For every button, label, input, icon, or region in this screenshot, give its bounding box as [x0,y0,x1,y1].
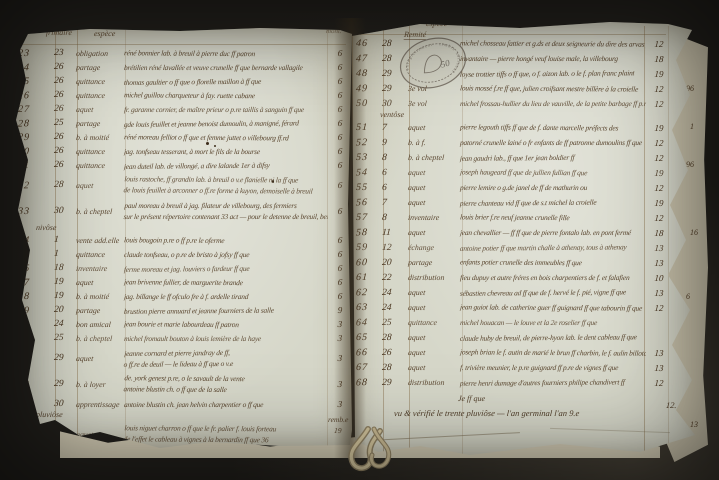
register-row: 2626quittancemichel guillou charqueteur … [10,88,352,102]
entry-type: 3e vol [408,84,461,93]
register-row: 4728invantaire — pierre hongé veuf louis… [350,51,672,66]
entry-fee: 6 [328,118,353,128]
register-row: 2926b. à moitiéréné moreau felliot o ff … [10,130,352,144]
entry-description: brustion pierre annuard et jeanne fourni… [124,304,329,317]
entry-type: partage [76,306,125,315]
entry-number: 41 [18,332,55,344]
column-header-espece: espèce [426,19,448,28]
entry-description-line: f. trivière meunier, le p.re guignard ff… [460,362,647,373]
entry-type: 3e vol [408,99,461,108]
entry-fee: 10 [646,273,673,283]
entry-day: 26 [54,76,77,86]
entry-fee: 12 [646,213,673,223]
entry-description: jean gaudri lab., ff que 1er jean boldie… [460,151,647,164]
entry-day: 28 [382,39,409,49]
entry-description: michel chosseau fattier et g.ds et deux … [460,37,647,49]
entry-fee: 6 [328,48,353,58]
entry-day: 7 [382,198,409,208]
register-row: 6020partageenfants potier crunelle des i… [350,255,672,270]
entry-day: 29 [382,378,409,388]
register-row: 5811aquetjean chevallier — ff ff que de … [350,225,672,240]
entry-description-line: thomas gaultier o ff que o florelle mail… [124,75,329,88]
corner-note: v.le [656,17,666,25]
entry-description-line: ferme moreau et jag. louviers o fardeur … [124,262,329,275]
entry-fee: 13 [646,363,673,373]
entry-description-line: jag. billange le ff ofculo fre à f. arde… [124,291,329,302]
entry-number: 60 [356,257,383,269]
entry-number: 63 [356,302,383,313]
register-row: 4329b. à loyerde. york genest p.re, o le… [10,371,352,397]
entry-day: 24 [54,319,77,329]
entry-description-line: michel fromault bouton à louis lemière d… [124,333,329,344]
edge-number: 16 [690,228,698,237]
entry-number: 57 [356,212,383,223]
entry-fee: 19 [646,168,673,178]
edge-number: 13 [690,420,698,429]
entry-day: 24 [382,288,409,298]
entry-number: 67 [356,362,383,373]
entry-type: distribution [408,378,461,387]
entry-day: 28 [54,180,77,190]
entry-day: 29 [382,69,409,79]
register-row: 2825partagegde louis feuillet et jeanne … [10,116,352,130]
entry-fee: 19 [646,198,673,208]
entry-description: michel guillou charqueteur à fay. ruette… [124,89,329,101]
header-note: Remité [404,30,427,40]
entry-day: 23 [54,48,77,58]
closing-line-1: Je ff que [458,394,486,403]
entry-description: jag. tonfseau tesserant, à mort le fils … [124,146,329,157]
entry-description-line: jag. tonfseau tesserant, à mort le fils … [124,146,329,157]
entry-description-line: michel houacan — le louve et la 2e rosel… [460,317,647,328]
entry-number: 65 [356,332,383,343]
entry-fee: 13 [646,243,673,253]
register-row: 6626aquetjoseph brian le f. autin de mar… [350,345,672,360]
entry-type: quittance [408,318,461,327]
column-header-fee: mont. [326,27,342,35]
entry-description: jag. billange le ff ofculo fre à f. arde… [124,291,329,302]
entry-description: jean duteil lab. de villongé, a dire lal… [124,159,329,172]
entry-description-line: antoine blustin ch. o ff que de la salle [123,383,328,395]
register-row: 2726aquetfr. garanne cornier, de maître … [10,102,352,116]
entry-description: michel fromault bouton à louis lemière d… [124,333,329,344]
entry-description-line: michel guillou charqueteur à fay. ruette… [124,89,329,101]
entry-description: fieu dupuy et autre fréres en bois charp… [460,272,647,283]
register-row: 6528aquetclaude huby de breuil, de pierr… [350,330,672,345]
entry-description: louis brier f.re neuf jeanne crunelle fi… [460,211,647,223]
register-row: 2526quittancethomas gaultier o ff que o … [10,74,352,88]
binding-string [330,425,420,480]
entry-day: 19 [54,291,77,301]
entry-fee: 3 [328,333,353,343]
entry-day: 26 [54,132,77,142]
entry-day: 1 [54,235,77,245]
entry-description: jean chevallier — ff ff que de pierre fo… [460,227,647,238]
entry-description: claude huby de breuil, de pierre-hyon la… [460,331,647,344]
entry-type: aquet [408,228,461,237]
register-row: 4229aquetjeanne cornard et pierre jandra… [10,345,352,371]
entry-number: 33 [18,206,55,217]
entry-description: pierre legouth tiffs ff que de f. dante … [460,121,647,133]
register-row: 6224aquetsébastien chevreau ad ff que de… [350,285,672,300]
entry-description-line: jean gaudri lab., ff que 1er jean boldie… [460,151,647,164]
register-row: 6829distributionpierre henri dumage d'au… [350,375,672,390]
entry-description: sébastien chevreau ad ff que de f. hervé… [460,286,647,299]
entry-description-line: claude tonfseau, o p.re de bristo à jofs… [124,249,329,260]
entry-description: pierre chanteau vid ff que de s.t michel… [460,196,647,209]
entry-description-line: louis brier f.re neuf jeanne crunelle fi… [460,211,647,223]
entry-description-line: antoine potier ff que martin challe à at… [460,241,647,254]
entry-description-line: brétilien réné lavallée et veuve crunell… [124,62,329,73]
entry-type: aquet [408,288,461,297]
register-row: 341vente add.ellelouis bougoin p.re o ff… [10,233,352,247]
entry-day: 26 [54,104,77,114]
entry-type: quittance [76,161,125,170]
entry-day: 26 [54,146,77,156]
month-marker: pluviôse [10,411,353,420]
entry-fee: 6 [328,132,353,142]
entry-type: vente add.elle [76,236,125,245]
entry-description: invantaire — pierre hongé veuf louise ma… [460,53,647,64]
register-row: 5912échangeantoine potier ff que martin … [350,240,672,255]
entry-type: obligation [76,49,125,58]
entry-type: aquet [408,363,461,372]
entry-description: paul moreau à breuil à jag. filateur de … [123,200,329,222]
register-row: 50303e volmichel frossau-hullier du lieu… [350,96,672,111]
entry-fee: 6 [328,160,353,170]
entry-description-line: pierre legouth tiffs ff que de f. dante … [460,121,647,133]
register-row: 3819b. à moitiéjag. billange le ff ofcul… [10,289,352,303]
entry-day: 28 [382,363,409,373]
closing-fee: 12. [666,400,677,410]
entry-day: 19 [54,277,77,287]
entry-number: 51 [356,122,383,133]
entry-description-line: pierre lemire o g.de janel de ff de math… [460,182,647,193]
register-row: 3026quittancejag. tonfseau tesserant, à … [10,144,352,158]
entry-description: réné bonnier lab. à breuil à pierre duc … [124,47,329,59]
register-row: 2426partagebrétilien réné lavallée et ve… [10,60,352,74]
register-row: 4430apprentissageantoine blustin ch. jea… [10,397,352,411]
entry-fee: 6 [328,235,353,245]
entry-description: louis mossé f.re ff que, julien croifsan… [460,82,647,94]
entry-day: 6 [382,183,409,193]
entry-day: 29 [382,84,409,94]
entry-type: aquet [408,198,461,207]
entry-number: 55 [356,182,383,193]
entry-description: joseph brian le f. autin de marié le bru… [460,346,647,358]
entry-description: claude tonfseau, o p.re de bristo à jofs… [124,249,329,260]
entry-type: quittance [76,91,125,100]
register-row: 4628michel chosseau fattier et g.ds et d… [350,36,672,51]
closing-line-2: vu & vérifié le trente pluviôse — l'an g… [394,408,580,418]
entry-type: apprentissage [76,400,125,409]
entry-type: inventaire [76,264,125,273]
edge-number: 1 [690,122,694,131]
entry-number: 68 [356,377,383,389]
entry-number: 40 [18,319,55,330]
entry-fee: 13 [646,348,673,358]
register-row: 529b. à f.patorné crunelle lainé o fr en… [350,135,672,150]
entry-description: antoine potier ff que martin challe à at… [460,241,647,254]
entry-number: 46 [356,38,383,49]
column-header-espece: espèce [94,29,116,38]
entry-description-line: pierre henri dumage d'autres fourniers p… [460,376,647,389]
entry-fee: 3 [328,399,353,409]
entry-type: distribution [408,273,461,282]
entry-type: quittance [76,147,125,156]
edge-number: 6 [686,292,690,301]
entry-description-line: gde louis feuillet et jeanne benoist dum… [124,117,329,130]
entry-description-line: joseph brian le f. autin de marié le bru… [460,346,647,358]
entry-number: 26 [18,89,55,101]
entry-fee: 6 [328,104,353,114]
entry-number: 24 [18,61,55,73]
entry-number: 23 [18,48,55,59]
entry-fee: 6 [328,249,353,259]
entry-number: 66 [356,347,383,359]
entry-description: patorné crunelle lainé o fr enfants de f… [460,137,647,148]
entry-fee: 13 [646,258,673,268]
entry-type: inventaire [408,213,461,222]
entry-type: aquet [76,181,125,190]
entry-day: 6 [382,168,409,178]
entry-fee: 12 [646,303,673,313]
month-marker: nivôse [10,224,353,233]
entry-number: 54 [356,167,383,179]
entry-description: jean brivenne fullier, de marguerite bra… [124,276,329,288]
entry-number: 31 [18,160,55,171]
entry-description-line: o ff.re de deuil — le lideau à ff que o … [123,357,328,370]
entry-number: 39 [18,304,55,316]
entry-description-line: enfants potier crunelle des immeubles ff… [460,256,647,268]
entry-fee: 18 [646,228,673,238]
entry-description: gde louis feuillet et jeanne benoist dum… [124,117,329,130]
register-row: 4024bon amicaljean bourie et marie labou… [10,317,352,331]
column-header-month: pluviôse [386,18,413,27]
entry-description-line: sur le présent répertoire contenant 33 a… [123,211,328,222]
entry-type: échange [408,243,461,252]
entry-number: 29 [18,132,55,143]
entry-number: 49 [356,83,383,95]
entry-day: 24 [382,303,409,313]
entry-description-line: loyse trottier tiffs o ff que, o f. aizo… [460,67,647,80]
entry-number: 47 [356,53,383,65]
entry-day: 9 [382,138,409,148]
entry-description: louis rastoche, ff grandin lab. à breuil… [123,173,329,196]
entry-day: 25 [54,333,77,343]
entry-description: de. york genest p.re, o le savault de la… [123,372,329,395]
register-row: 3618inventaireferme moreau et jag. louvi… [10,261,352,275]
column-header-no: n° [20,26,28,35]
register-row: 4125b. à cheptelmichel fromault bouton à… [10,331,352,345]
entry-type: aquet [408,303,461,312]
edge-number: 96 [686,160,694,169]
register-row: 556aquetpierre lemire o g.de janel de ff… [350,180,672,195]
entry-type: partage [408,258,461,267]
register-row: 3228aquetlouis rastoche, ff grandin lab.… [10,172,352,198]
entry-type: partage [76,63,125,72]
entry-number: 52 [356,137,383,149]
scanned-register-photo: 9619616613 n° frimaire espèce mont. 2323… [0,0,719,480]
entry-number: 43 [18,378,55,390]
entry-description: fr. garanne cornier, de maître prieur o … [124,104,329,115]
entry-day: 28 [382,333,409,343]
entry-fee: 6 [328,206,353,216]
left-page-rows: 2323obligationréné bonnier lab. à breuil… [10,46,352,448]
entry-type: aquet [76,354,125,363]
entry-fee: 6 [328,291,353,301]
entry-fee: 6 [328,62,353,72]
entry-fee: 9 [328,305,353,315]
column-header-month: frimaire [46,28,73,37]
header-rule [16,44,346,45]
register-row: 546aquetjoseph haugeard ff que de jullie… [350,165,672,180]
entry-day: 12 [382,243,409,253]
entry-day: 26 [382,348,409,358]
entry-day: 20 [54,305,77,315]
entry-number: 28 [18,117,55,129]
entry-description-line: jean bourie et marie labourdeau ff patro… [124,318,329,330]
right-page-rows: 4628michel chosseau fattier et g.ds et d… [350,36,706,390]
entry-number: 56 [356,197,383,209]
entry-description: ferme moreau et jag. louviers o fardeur … [124,262,329,275]
entry-description-line: de louis feuillet à arconner o ff.re for… [123,184,328,196]
entry-description-line: fr. garanne cornier, de maître prieur o … [124,104,329,115]
entry-description: jeanne cornard et pierre jandray de ff,o… [123,346,328,370]
entry-day: 28 [382,54,409,64]
entry-number: 30 [18,145,55,157]
entry-description-line: louis bougoin p.re o ff p.re le oferme [124,234,329,246]
register-row: 3330b. à cheptelpaul moreau à breuil à j… [10,198,352,224]
entry-day: 26 [54,62,77,72]
entry-description: brétilien réné lavallée et veuve crunell… [124,62,329,73]
entry-description-line: paul moreau à breuil à jag. filateur de … [124,200,329,211]
entry-number: 58 [356,227,383,239]
entry-type: b. à moitié [76,133,125,142]
register-row: 6324aquetjean guiot lab. de catherine gu… [350,300,672,315]
entry-description-line: louis mossé f.re ff que, julien croifsan… [460,82,647,94]
register-row: 6728aquetf. trivière meunier, le p.re gu… [350,360,672,375]
entry-day: 29 [54,353,77,363]
entry-fee: 12 [646,378,673,388]
entry-day: 7 [382,123,409,133]
right-page: n° pluviôse espèce Remité v.le enregistr… [350,16,706,464]
entry-fee: 12 [646,138,673,148]
entry-description: réné moreau felliot o ff que et femme ju… [124,131,329,143]
entry-description: jean guiot lab. de catherine guer ff gui… [460,301,647,313]
register-row: 6122distributionfieu dupuy et autre frér… [350,270,672,285]
entry-number: 35 [18,248,55,260]
entry-day: 29 [54,379,77,389]
entry-day: 18 [54,263,77,273]
entry-type: partage [76,119,125,128]
entry-number: 45 [18,429,55,440]
entry-number: 50 [356,98,383,109]
month-marker: ventôse [350,111,707,120]
entry-type: b. à loyer [76,380,125,389]
entry-number: 37 [18,276,55,288]
entry-description: pierre henri dumage d'autres fourniers p… [460,376,647,389]
entry-description-line: jean chevallier — ff ff que de pierre fo… [460,227,647,238]
entry-fee: 3 [328,353,353,363]
entry-description-line: sébastien chevreau ad ff que de f. hervé… [460,286,647,299]
entry-type: quittance [76,77,125,86]
entry-description-line: réné bonnier lab. à breuil à pierre duc … [124,47,329,59]
entry-fee: 12 [646,99,673,109]
entry-day: 30 [54,206,77,216]
entry-fee: 6 [328,180,353,190]
entry-description-line: joseph haugeard ff que de jullien fullia… [460,166,647,178]
entry-description-line: pierre chanteau vid ff que de s.t michel… [460,196,647,209]
entry-type: aquet [408,183,461,192]
entry-description-line: jean guiot lab. de catherine guer ff gui… [460,301,647,313]
entry-number: 62 [356,287,383,299]
entry-fee: 12 [646,153,673,163]
entry-number: 61 [356,272,383,283]
entry-number: 27 [18,104,55,115]
entry-type: aquet [408,168,461,177]
register-row: 3126quittancejean duteil lab. de villong… [10,158,352,172]
paper-crease [550,428,670,433]
ink-blot [272,180,274,183]
entry-day: 8 [382,153,409,163]
entry-day: 8 [382,213,409,223]
entry-fee: 6 [328,76,353,86]
entry-description: thomas gaultier o ff que o florelle mail… [124,75,329,88]
entry-description: michel houacan — le louve et la 2e rosel… [460,317,647,328]
entry-description: michel frossau-hullier du lieu de vauvil… [460,98,647,109]
entry-description-line: michel frossau-hullier du lieu de vauvil… [460,98,647,109]
entry-fee: 6 [328,263,353,273]
entry-description-line: réné moreau felliot o ff que et femme ju… [124,131,329,143]
entry-description: jean bourie et marie labourdeau ff patro… [124,318,329,330]
entry-description: joseph haugeard ff que de jullien fullia… [460,166,647,178]
register-row: 351quittanceclaude tonfseau, o p.re de b… [10,247,352,261]
register-row: 2323obligationréné bonnier lab. à breuil… [10,46,352,60]
entry-fee: 3 [328,319,353,329]
entry-day: 26 [54,160,77,170]
entry-number: 32 [18,179,55,191]
entry-fee: 19 [646,123,673,133]
entry-fee: 6 [328,146,353,156]
entry-day: 25 [382,318,409,328]
register-row: 4829loyse trottier tiffs o ff que, o f. … [350,66,672,81]
entry-description: louis niguet charron o ff que le fr. pal… [123,422,329,445]
ink-blot [214,145,216,147]
register-row: 6425quittancemichel houacan — le louve e… [350,315,672,330]
entry-fee: 12 [646,84,673,94]
register-row: 517aquetpierre legouth tiffs ff que de f… [350,120,672,135]
entry-description: louis bougoin p.re o ff p.re le oferme [124,234,329,246]
entry-description: pierre lemire o g.de janel de ff de math… [460,182,647,193]
entry-type: aquet [76,278,125,287]
entry-fee: 6 [328,277,353,287]
entry-number: 44 [18,399,55,410]
entry-type: b. à f. [408,138,461,147]
entry-description-line: jean duteil lab. de villongé, a dire lal… [124,159,329,172]
entry-number: 64 [356,317,383,329]
entry-number: 48 [356,68,383,79]
entry-description-line: michel chosseau fattier et g.ds et deux … [460,37,647,49]
register-row: 538b. à chepteljean gaudri lab., ff que … [350,150,672,165]
gutter-note-line1: remb.e [328,415,349,424]
entry-day: 25 [54,118,77,128]
entry-number: 25 [18,76,55,87]
entry-description: antoine blustin ch. jean helvin charpent… [124,399,329,410]
entry-description-line: antoine blustin ch. jean helvin charpent… [124,399,329,410]
register-row: 3920partagebrustion pierre annuard et je… [10,303,352,317]
entry-day: 1 [54,249,77,259]
